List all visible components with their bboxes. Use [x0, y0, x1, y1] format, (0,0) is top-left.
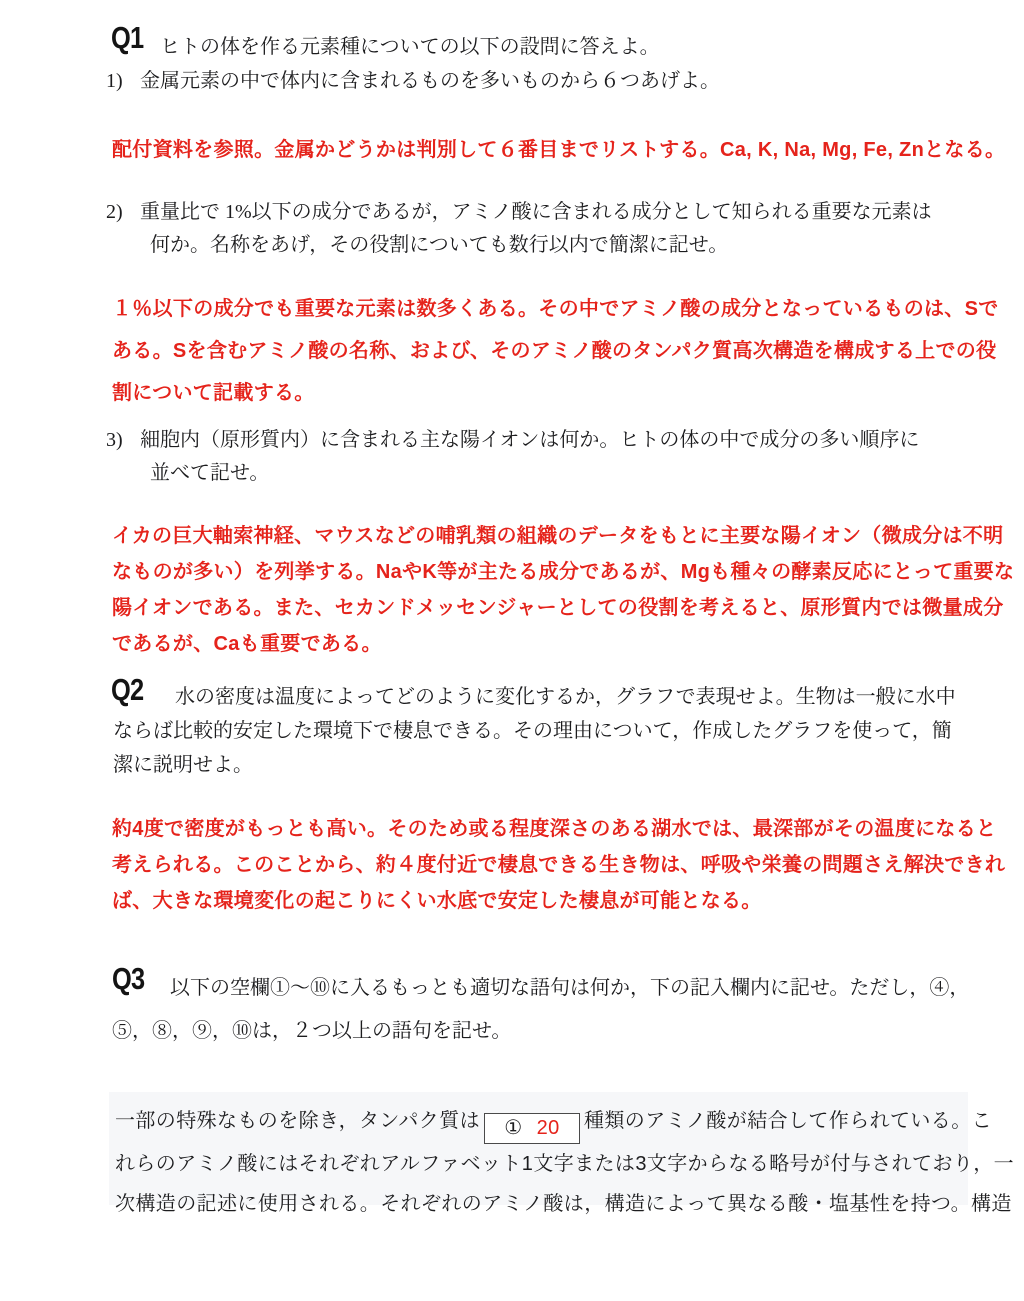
passage-line-2: れらのアミノ酸にはそれぞれアルファベット1文字または3文字からなる略号が付与され…: [115, 1144, 962, 1184]
question-text: 何か。名称をあげ，その役割についても数行以内で簡潔に記せ。: [150, 229, 932, 262]
question-text: 以下の空欄①～⑩に入るもっとも適切な語句は何か，下の記入欄内に記せ。ただし，④，: [112, 967, 969, 1010]
q1-heading: Q1: [111, 22, 150, 53]
question-text: 重量比で 1%以下の成分であるが，アミノ酸に含まれる成分として知られる重要な元素…: [140, 201, 932, 223]
document-page: { "page": { "background_color": "#ffffff…: [0, 0, 1024, 1301]
question-text: ならば比較的安定した環境下で棲息できる。その理由について，作成したグラフを使って…: [113, 714, 956, 748]
passage-text: 種類のアミノ酸が結合して作られている。こ: [584, 1110, 992, 1132]
passage-text: 一部の特殊なものを除き，タンパク質は: [115, 1110, 480, 1132]
q1-item-3: 3)細胞内（原形質内）に含まれる主な陽イオンは何か。ヒトの体の中で成分の多い順序…: [106, 424, 919, 490]
blank-answer-value: 20: [537, 1108, 560, 1148]
answer-line: 割について記載する。: [112, 372, 999, 414]
question-text: 水の密度は温度によってどのように変化するか，グラフで表現せよ。生物は一般に水中: [113, 680, 956, 714]
question-text: 潔に説明せよ。: [113, 748, 956, 782]
answer-line: 約4度で密度がもっとも高い。そのため或る程度深さのある湖水では、最深部がその温度…: [112, 811, 1005, 847]
item-number: 1): [106, 70, 140, 93]
item-number: 2): [106, 196, 140, 229]
q1-intro: ヒトの体を作る元素種についての以下の設問に答えよ。: [160, 30, 660, 59]
answer-line: 陽イオンである。また、セカンドメッセンジャーとしての役割を考えると、原形質内では…: [112, 590, 1014, 626]
answer-line: イカの巨大軸索神経、マウスなどの哺乳類の組織のデータをもとに主要な陽イオン（微成…: [112, 518, 1014, 554]
fill-in-blank-box: ①20: [484, 1113, 580, 1144]
answer-line: １％以下の成分でも重要な元素は数多くある。その中でアミノ酸の成分となっているもの…: [112, 288, 999, 330]
answer-line: ある。Sを含むアミノ酸の名称、および、そのアミノ酸のタンパク質高次構造を構成する…: [112, 330, 999, 372]
answer-line: 考えられる。このことから、約４度付近で棲息できる生き物は、呼吸や栄養の問題さえ解…: [112, 847, 1005, 883]
answer-line: であるが、Caも重要である。: [112, 626, 1014, 662]
question-text: 金属元素の中で体内に含まれるものを多いものから６つあげよ。: [140, 70, 720, 92]
passage-box: 一部の特殊なものを除き，タンパク質は①20種類のアミノ酸が結合して作られている。…: [109, 1092, 968, 1205]
blank-number-label: ①: [504, 1108, 522, 1148]
passage-line-3: 次構造の記述に使用される。それぞれのアミノ酸は，構造によって異なる酸・塩基性を持…: [115, 1184, 962, 1224]
q3-question: 以下の空欄①～⑩に入るもっとも適切な語句は何か，下の記入欄内に記せ。ただし，④，…: [112, 967, 969, 1053]
question-text: 並べて記せ。: [150, 457, 919, 490]
question-text: ⑤，⑧，⑨，⑩は，２つ以上の語句を記せ。: [112, 1010, 969, 1053]
q1-answer-3: イカの巨大軸索神経、マウスなどの哺乳類の組織のデータをもとに主要な陽イオン（微成…: [112, 518, 1014, 662]
question-text: 細胞内（原形質内）に含まれる主な陽イオンは何か。ヒトの体の中で成分の多い順序に: [140, 429, 919, 451]
answer-line: なものが多い）を列挙する。NaやK等が主たる成分であるが、Mgも種々の酵素反応に…: [112, 554, 1014, 590]
q1-label: Q1: [111, 22, 143, 53]
item-number: 3): [106, 424, 140, 457]
q1-answer-1: 配付資料を参照。金属かどうかは判別して６番目までリストする。Ca, K, Na,…: [112, 133, 1005, 162]
q2-answer: 約4度で密度がもっとも高い。そのため或る程度深さのある湖水では、最深部がその温度…: [112, 811, 1005, 919]
q1-item-1: 1)金属元素の中で体内に含まれるものを多いものから６つあげよ。: [106, 64, 720, 93]
passage-line-1: 一部の特殊なものを除き，タンパク質は①20種類のアミノ酸が結合して作られている。…: [115, 1101, 962, 1144]
q1-item-2: 2)重量比で 1%以下の成分であるが，アミノ酸に含まれる成分として知られる重要な…: [106, 196, 932, 262]
q1-answer-2: １％以下の成分でも重要な元素は数多くある。その中でアミノ酸の成分となっているもの…: [112, 288, 999, 414]
q2-question: 水の密度は温度によってどのように変化するか，グラフで表現せよ。生物は一般に水中 …: [113, 680, 956, 782]
answer-line: ば、大きな環境変化の起こりにくい水底で安定した棲息が可能となる。: [112, 883, 1005, 919]
